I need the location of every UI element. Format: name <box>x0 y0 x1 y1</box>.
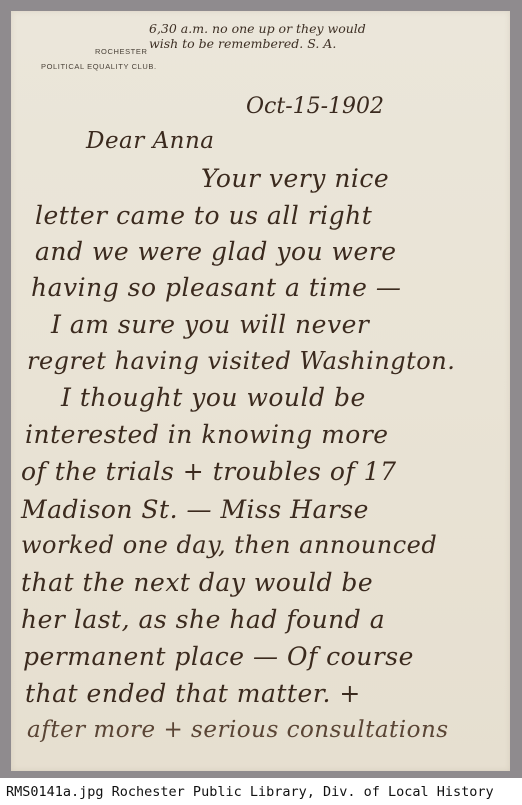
letter-line: having so pleasant a time — <box>31 273 401 302</box>
letter-line: interested in knowing more <box>25 420 389 449</box>
letter-line: of the trials + troubles of 17 <box>21 457 397 486</box>
letter-line: worked one day, then announced <box>21 531 437 559</box>
postscript-note: 6,30 a.m. no one up or they would wish t… <box>149 21 366 51</box>
salutation: Dear Anna <box>86 128 215 154</box>
letter-line: I am sure you will never <box>51 310 369 339</box>
letterhead-city: Rochester <box>95 47 148 56</box>
letter-line: permanent place — Of course <box>23 642 414 671</box>
letter-line: I thought you would be <box>61 383 366 412</box>
letter-line: and we were glad you were <box>35 237 397 266</box>
letter-line: that the next day would be <box>21 568 373 597</box>
letter-date: Oct-15-1902 <box>246 94 384 119</box>
letterhead-club-name: Political Equality Club. <box>41 62 157 71</box>
letter-line: that ended that matter. + <box>25 679 361 708</box>
letter-line: Your very nice <box>201 164 389 193</box>
letter-line: her last, as she had found a <box>21 605 385 634</box>
letter-line: after more + serious consultations <box>27 717 449 743</box>
letter-line: Madison St. — Miss Harse <box>21 495 369 524</box>
scanned-letter: Rochester Political Equality Club. 6,30 … <box>0 0 522 778</box>
postscript-line: wish to be remembered. S. A. <box>149 36 366 51</box>
image-caption: RMS0141a.jpg Rochester Public Library, D… <box>0 779 522 805</box>
letter-paper: Rochester Political Equality Club. 6,30 … <box>11 11 510 771</box>
letter-line: regret having visited Washington. <box>27 347 455 375</box>
postscript-line: 6,30 a.m. no one up or they would <box>149 21 366 36</box>
letter-line: letter came to us all right <box>35 201 372 230</box>
